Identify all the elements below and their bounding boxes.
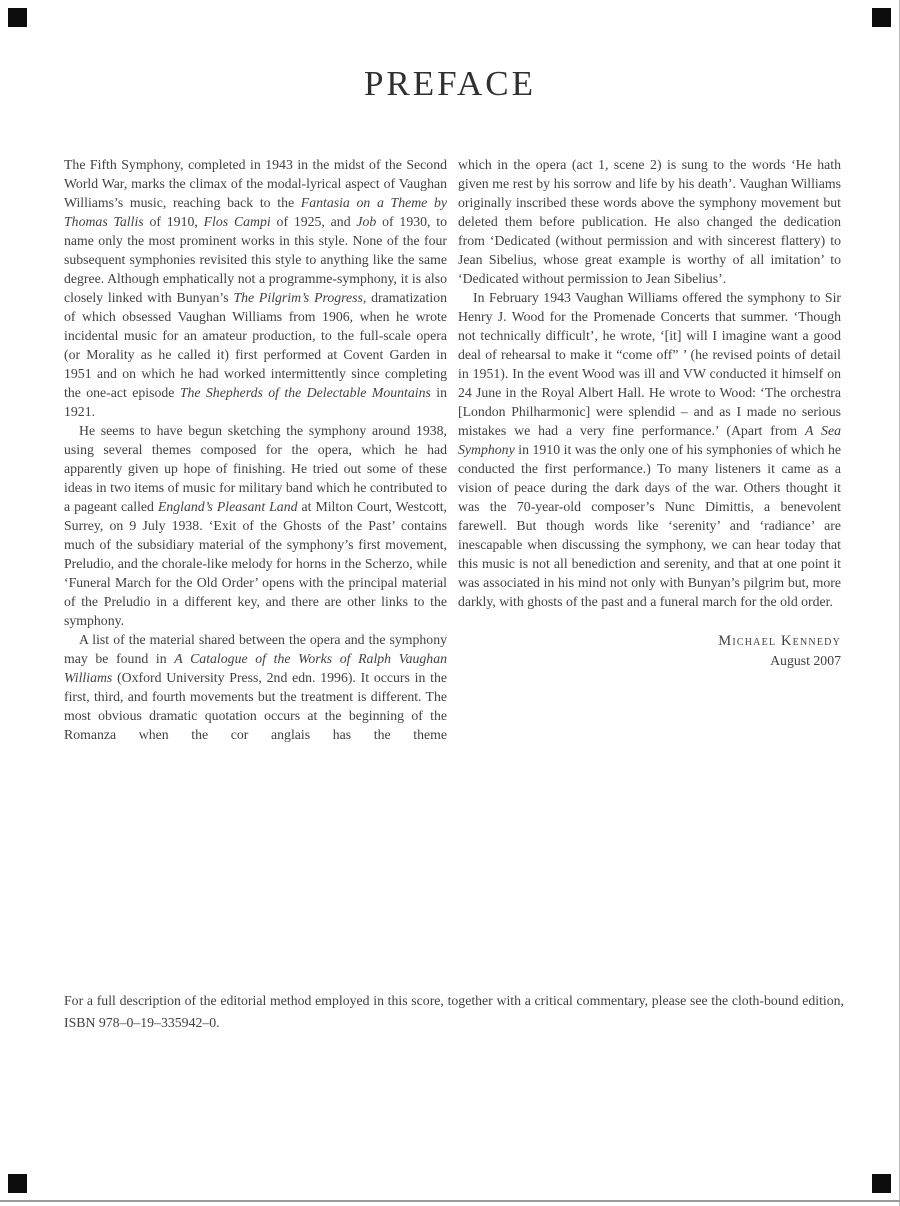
signature-name: Michael Kennedy (458, 631, 841, 651)
signature: Michael Kennedy August 2007 (458, 631, 841, 671)
page-title: PREFACE (0, 64, 900, 104)
paragraph: which in the opera (act 1, scene 2) is s… (458, 155, 841, 288)
paragraph: The Fifth Symphony, completed in 1943 in… (64, 155, 447, 421)
column-right-paragraphs: which in the opera (act 1, scene 2) is s… (458, 155, 841, 611)
corner-registration-mark-top-left (8, 8, 27, 27)
page: PREFACE The Fifth Symphony, completed in… (0, 0, 900, 1206)
page-scan-edge-bottom (0, 1200, 900, 1202)
column-right: which in the opera (act 1, scene 2) is s… (458, 155, 841, 744)
column-left-paragraphs: The Fifth Symphony, completed in 1943 in… (64, 155, 447, 744)
paragraph: A list of the material shared between th… (64, 630, 447, 744)
corner-registration-mark-bottom-right (872, 1174, 891, 1193)
footer-note: For a full description of the editorial … (64, 990, 844, 1033)
paragraph: He seems to have begun sketching the sym… (64, 421, 447, 630)
corner-registration-mark-bottom-left (8, 1174, 27, 1193)
paragraph: In February 1943 Vaughan Williams offere… (458, 288, 841, 611)
column-left: The Fifth Symphony, completed in 1943 in… (64, 155, 447, 744)
signature-date: August 2007 (458, 651, 841, 671)
preface-columns: The Fifth Symphony, completed in 1943 in… (64, 155, 842, 744)
corner-registration-mark-top-right (872, 8, 891, 27)
